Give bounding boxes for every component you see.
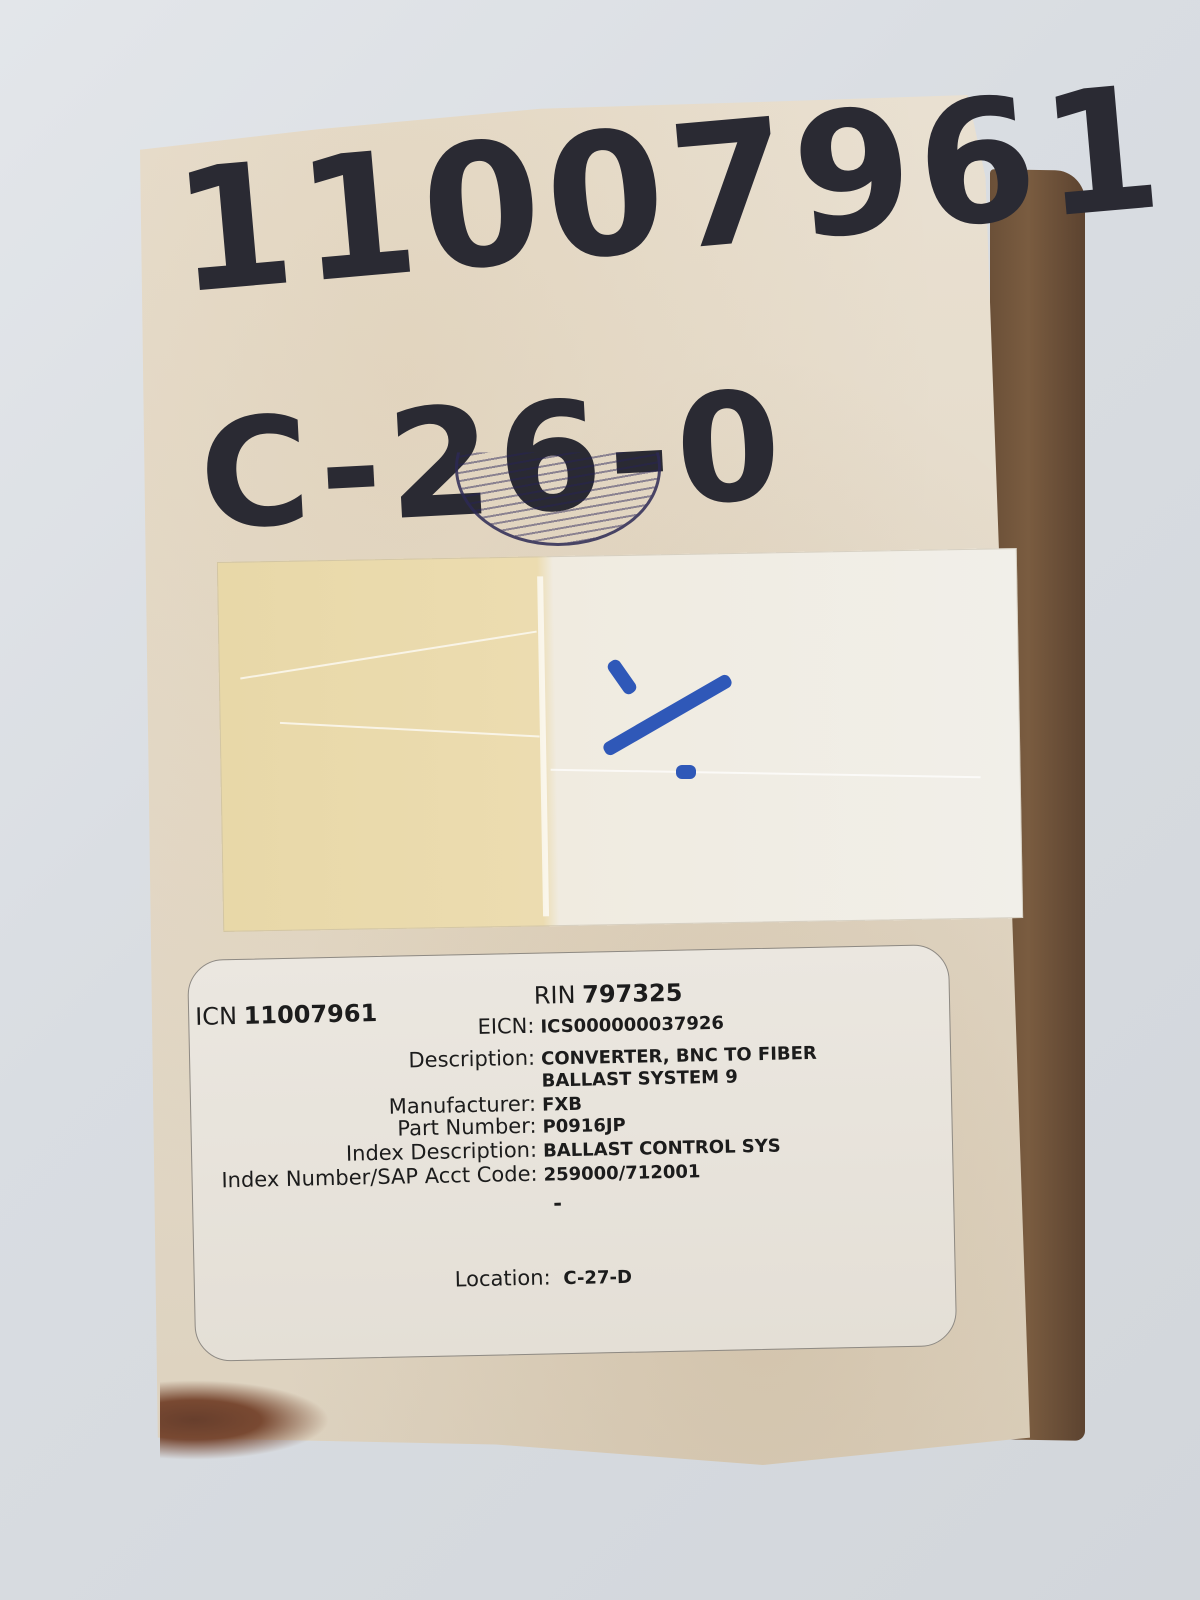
tape-crease — [240, 631, 537, 680]
tape-edge — [537, 576, 549, 916]
rin-key: RIN — [534, 981, 576, 1010]
blue-mark-dot — [676, 765, 696, 779]
location-value: C-27-D — [563, 1267, 632, 1289]
inventory-label: ICN 11007961 RIN 797325 EICN:ICS00000003… — [187, 944, 957, 1362]
handwritten-location-prefix: C- — [195, 380, 392, 564]
label-dash: - — [553, 1191, 562, 1215]
tape-crease — [280, 722, 540, 738]
rust-stain — [160, 1380, 330, 1460]
label-rin: RIN 797325 — [534, 979, 683, 1010]
rin-value: 797325 — [582, 979, 683, 1009]
label-location: Location: C-27-D — [454, 1264, 632, 1292]
location-key: Location: — [454, 1265, 550, 1291]
tape-crease — [551, 769, 981, 779]
